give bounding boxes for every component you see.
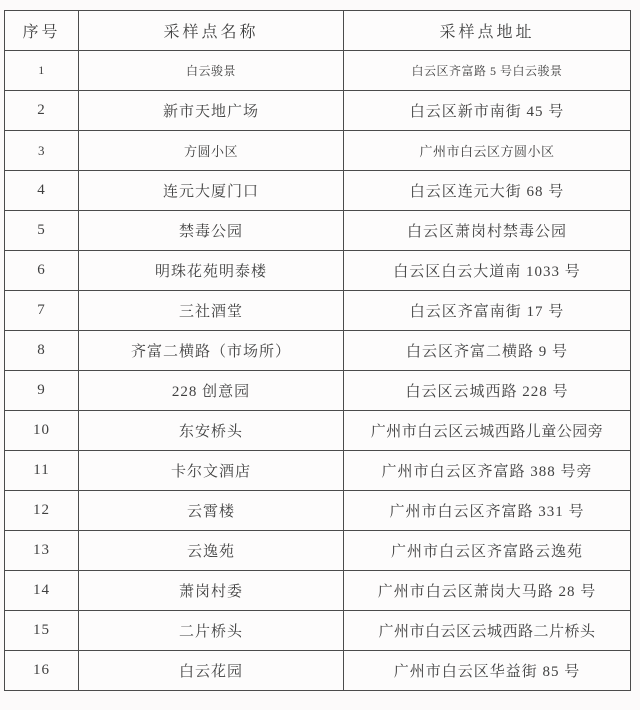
- row-index-cell: 8: [5, 331, 79, 371]
- table-row: 12云霄楼广州市白云区齐富路 331 号: [5, 491, 631, 531]
- site-address-cell: 白云区齐富南街 17 号: [344, 291, 631, 331]
- site-name-cell: 齐富二横路（市场所）: [79, 331, 344, 371]
- table-row: 1白云骏景白云区齐富路 5 号白云骏景: [5, 51, 631, 91]
- site-name-cell: 方圆小区: [79, 131, 344, 171]
- site-name-cell: 明珠花苑明泰楼: [79, 251, 344, 291]
- sampling-points-table: 序号 采样点名称 采样点地址 1白云骏景白云区齐富路 5 号白云骏景2新市天地广…: [4, 10, 631, 691]
- site-address-cell: 白云区齐富二横路 9 号: [344, 331, 631, 371]
- row-index-cell: 1: [5, 51, 79, 91]
- table-body: 1白云骏景白云区齐富路 5 号白云骏景2新市天地广场白云区新市南街 45 号3方…: [5, 51, 631, 691]
- site-address-cell: 白云区云城西路 228 号: [344, 371, 631, 411]
- row-index-cell: 7: [5, 291, 79, 331]
- table-row: 10东安桥头广州市白云区云城西路儿童公园旁: [5, 411, 631, 451]
- site-address-cell: 广州市白云区华益街 85 号: [344, 651, 631, 691]
- site-address-cell: 广州市白云区齐富路 388 号旁: [344, 451, 631, 491]
- site-address-cell: 广州市白云区方圆小区: [344, 131, 631, 171]
- table-row: 2新市天地广场白云区新市南街 45 号: [5, 91, 631, 131]
- table-row: 6明珠花苑明泰楼白云区白云大道南 1033 号: [5, 251, 631, 291]
- site-address-cell: 白云区连元大街 68 号: [344, 171, 631, 211]
- site-name-cell: 禁毒公园: [79, 211, 344, 251]
- page: 序号 采样点名称 采样点地址 1白云骏景白云区齐富路 5 号白云骏景2新市天地广…: [0, 0, 640, 710]
- site-name-cell: 新市天地广场: [79, 91, 344, 131]
- table-row: 5禁毒公园白云区萧岗村禁毒公园: [5, 211, 631, 251]
- site-address-cell: 白云区萧岗村禁毒公园: [344, 211, 631, 251]
- table-row: 3方圆小区广州市白云区方圆小区: [5, 131, 631, 171]
- row-index-cell: 3: [5, 131, 79, 171]
- header-row: 序号 采样点名称 采样点地址: [5, 11, 631, 51]
- site-address-cell: 广州市白云区齐富路 331 号: [344, 491, 631, 531]
- row-index-cell: 15: [5, 611, 79, 651]
- table-row: 11卡尔文酒店广州市白云区齐富路 388 号旁: [5, 451, 631, 491]
- site-name-cell: 连元大厦门口: [79, 171, 344, 211]
- site-address-cell: 广州市白云区齐富路云逸苑: [344, 531, 631, 571]
- table-row: 16白云花园广州市白云区华益街 85 号: [5, 651, 631, 691]
- site-name-cell: 白云骏景: [79, 51, 344, 91]
- row-index-cell: 14: [5, 571, 79, 611]
- table-row: 13云逸苑广州市白云区齐富路云逸苑: [5, 531, 631, 571]
- site-address-cell: 白云区齐富路 5 号白云骏景: [344, 51, 631, 91]
- table-row: 14萧岗村委广州市白云区萧岗大马路 28 号: [5, 571, 631, 611]
- site-address-cell: 白云区白云大道南 1033 号: [344, 251, 631, 291]
- site-name-cell: 白云花园: [79, 651, 344, 691]
- row-index-cell: 6: [5, 251, 79, 291]
- site-address-cell: 广州市白云区云城西路二片桥头: [344, 611, 631, 651]
- site-name-cell: 三社酒堂: [79, 291, 344, 331]
- col-header-address: 采样点地址: [344, 11, 631, 51]
- row-index-cell: 9: [5, 371, 79, 411]
- row-index-cell: 10: [5, 411, 79, 451]
- site-name-cell: 云逸苑: [79, 531, 344, 571]
- site-name-cell: 二片桥头: [79, 611, 344, 651]
- row-index-cell: 5: [5, 211, 79, 251]
- site-name-cell: 228 创意园: [79, 371, 344, 411]
- site-name-cell: 云霄楼: [79, 491, 344, 531]
- row-index-cell: 4: [5, 171, 79, 211]
- table-row: 4连元大厦门口白云区连元大街 68 号: [5, 171, 631, 211]
- site-name-cell: 东安桥头: [79, 411, 344, 451]
- site-name-cell: 萧岗村委: [79, 571, 344, 611]
- row-index-cell: 13: [5, 531, 79, 571]
- row-index-cell: 11: [5, 451, 79, 491]
- col-header-index: 序号: [5, 11, 79, 51]
- col-header-name: 采样点名称: [79, 11, 344, 51]
- site-address-cell: 广州市白云区云城西路儿童公园旁: [344, 411, 631, 451]
- row-index-cell: 12: [5, 491, 79, 531]
- table-row: 15二片桥头广州市白云区云城西路二片桥头: [5, 611, 631, 651]
- table-row: 9228 创意园白云区云城西路 228 号: [5, 371, 631, 411]
- site-address-cell: 广州市白云区萧岗大马路 28 号: [344, 571, 631, 611]
- site-address-cell: 白云区新市南街 45 号: [344, 91, 631, 131]
- site-name-cell: 卡尔文酒店: [79, 451, 344, 491]
- table-row: 8齐富二横路（市场所）白云区齐富二横路 9 号: [5, 331, 631, 371]
- table-row: 7三社酒堂白云区齐富南街 17 号: [5, 291, 631, 331]
- row-index-cell: 2: [5, 91, 79, 131]
- row-index-cell: 16: [5, 651, 79, 691]
